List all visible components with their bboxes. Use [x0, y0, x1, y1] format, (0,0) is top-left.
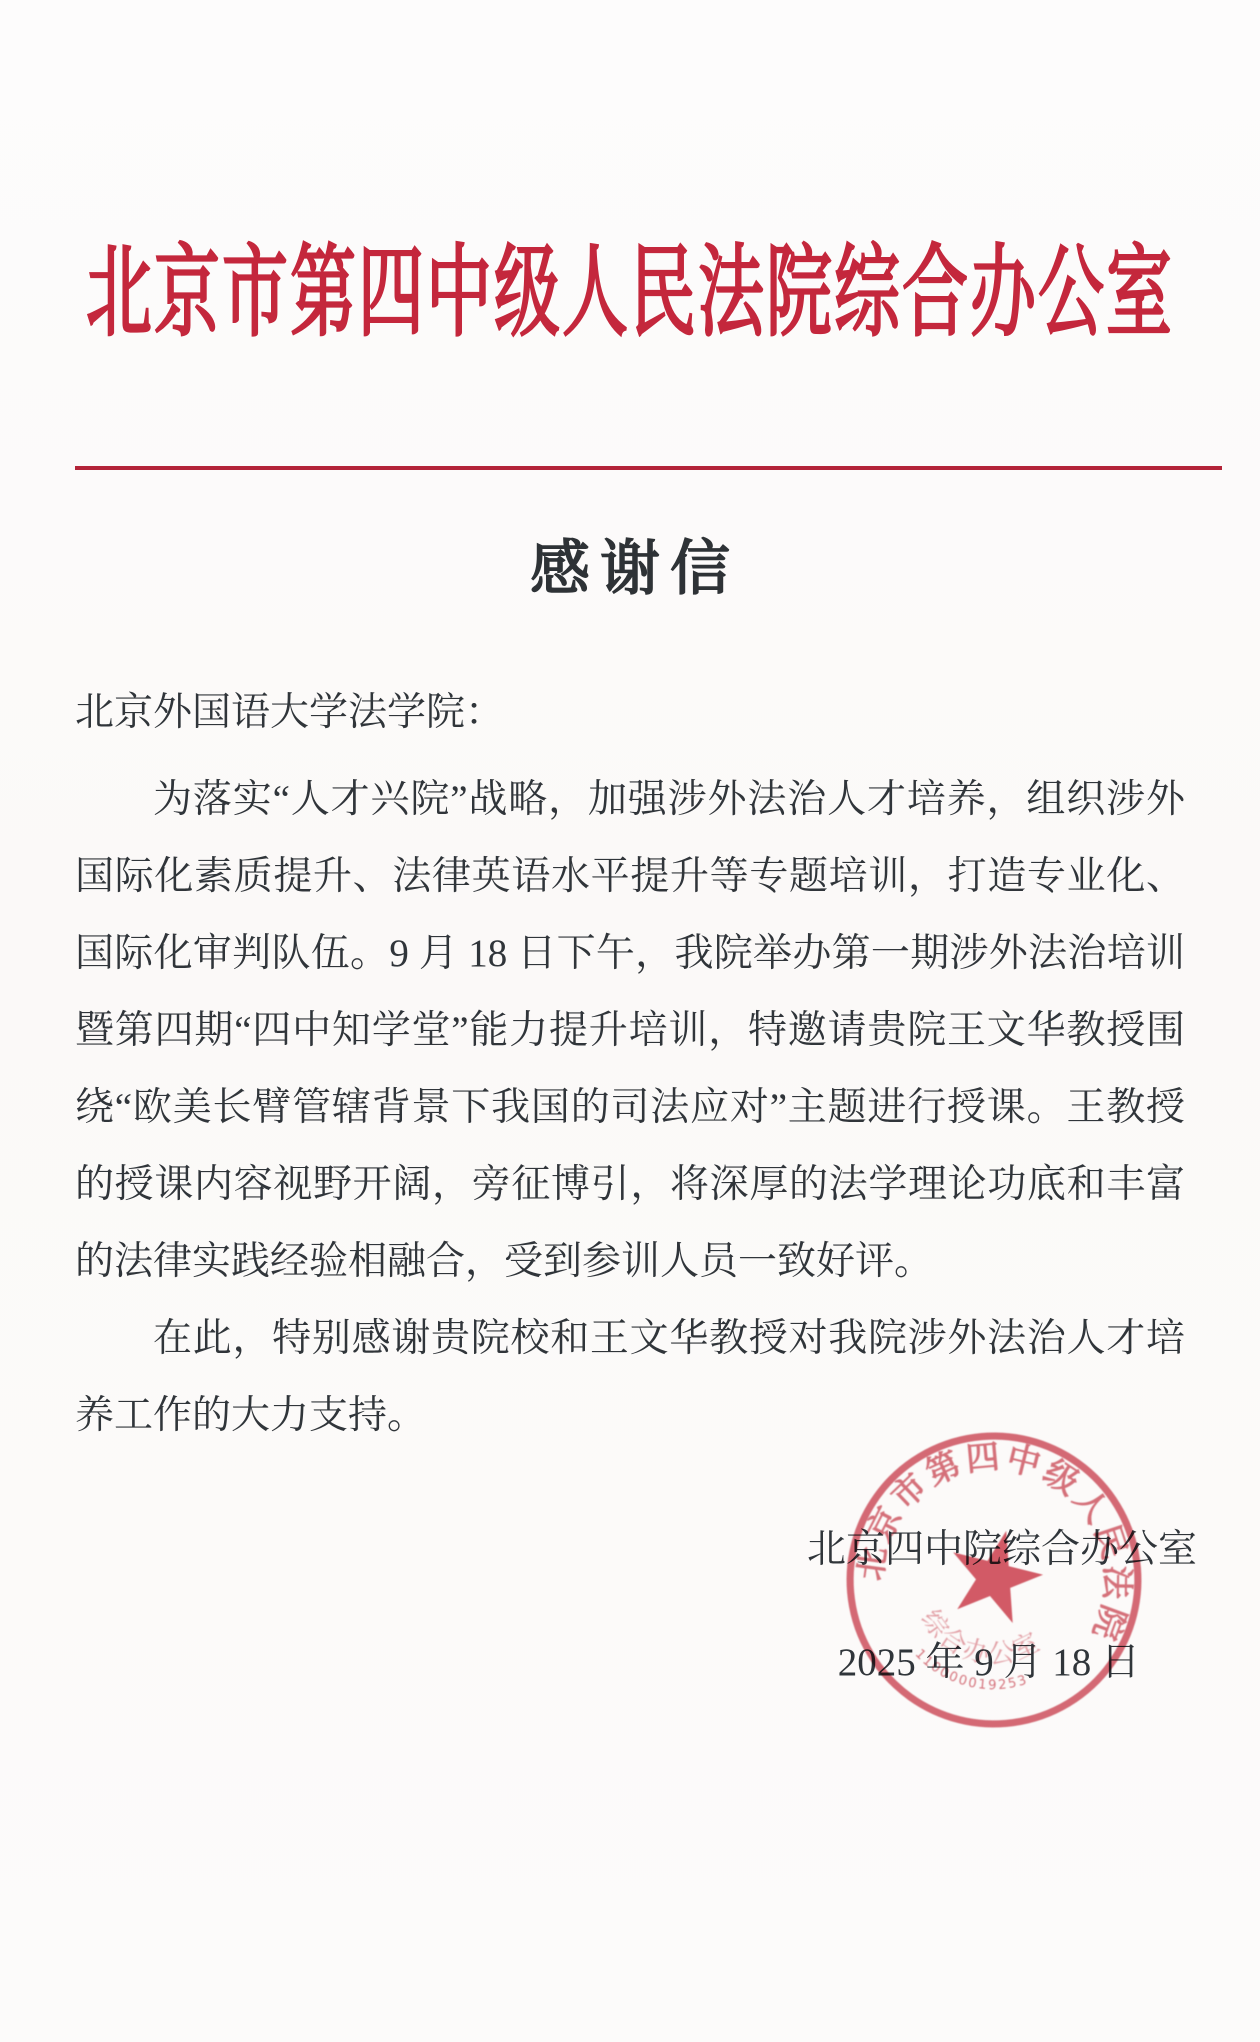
letterhead-divider — [75, 466, 1222, 470]
salutation: 北京外国语大学法学院： — [75, 674, 1185, 751]
seal-star-icon — [940, 1520, 1051, 1628]
letter-body: 北京外国语大学法学院： 为落实“人才兴院”战略，加强涉外法治人才培养，组织涉外国… — [75, 674, 1185, 1454]
letter-page: 北京市第四中级人民法院综合办公室 感谢信 北京外国语大学法学院： 为落实“人才兴… — [0, 0, 1260, 2042]
letter-title: 感谢信 — [0, 538, 1260, 600]
body-paragraph-1: 为落实“人才兴院”战略，加强涉外法治人才培养，组织涉外国际化素质提升、法律英语水… — [75, 761, 1185, 1300]
letterhead-org-title: 北京市第四中级人民法院综合办公室 — [0, 245, 1260, 345]
